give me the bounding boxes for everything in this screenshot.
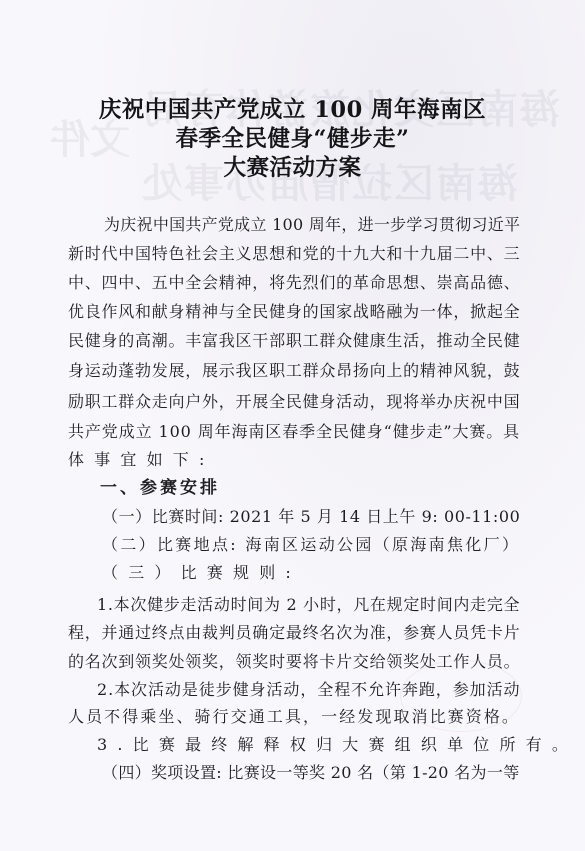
body-line: （四）奖项设置: 比赛设一等奖 20 名（第 1-20 名为一等 — [102, 759, 520, 787]
title-line-2: 春季全民健身“健步走” — [0, 125, 585, 154]
body-line: 1.本次健步走活动时间为 2 小时，凡在规定时间内走完全 — [97, 591, 520, 619]
body-line: 中、四中、五中全会精神，将先烈们的革命思想、崇高品德、 — [68, 269, 520, 297]
body-line: 优良作风和献身精神与全民健身的国家战略融为一体，掀起全 — [68, 298, 520, 326]
scanned-document-page: 海南区文化旅游体育局 海南区拉僧庙办事处 文件 庆祝中国共产党成立 100 周年… — [0, 0, 585, 851]
body-line: 民健身的高潮。丰富我区干部职工群众健康生活，推动全民健 — [68, 327, 520, 355]
body-line: 体事宜如下: — [68, 446, 215, 474]
body-line: （一）比赛时间: 2021 年 5 月 14 日上午 9: 00-11:00 — [102, 503, 520, 531]
body-line: 2.本次活动是徒步健身活动，全程不允许奔跑，参加活动 — [97, 676, 520, 704]
body-line: （二）比赛地点: 海南区运动公园（原海南焦化厂） — [102, 531, 520, 559]
body-line: 身运动蓬勃发展，展示我区职工群众昂扬向上的精神风貌，鼓 — [68, 357, 520, 385]
document-title: 庆祝中国共产党成立 100 周年海南区 春季全民健身“健步走” 大赛活动方案 — [0, 96, 585, 183]
section-heading: 一、参赛安排 — [100, 474, 220, 502]
body-line: 人员不得乘坐、骑行交通工具，一经发现取消比赛资格。 — [68, 703, 520, 731]
title-line-1: 庆祝中国共产党成立 100 周年海南区 — [0, 96, 585, 125]
body-line: （三）比赛规则: — [102, 559, 301, 587]
body-line: 为庆祝中国共产党成立 100 周年，进一步学习贯彻习近平 — [104, 211, 520, 239]
body-line: 励职工群众走向户外，开展全民健身活动，现将举办庆祝中国 — [68, 388, 520, 416]
body-line: 程，并通过终点由裁判员确定最终名次为准，参赛人员凭卡片 — [68, 619, 520, 647]
body-line: 共产党成立 100 周年海南区春季全民健身“健步走”大赛。具 — [68, 418, 520, 446]
body-line: 3.比赛最终解释权归大赛组织单位所有。 — [97, 731, 578, 759]
title-line-3: 大赛活动方案 — [0, 154, 585, 183]
body-line: 的名次到领奖处领奖，领奖时要将卡片交给领奖处工作人员。 — [68, 648, 520, 676]
body-line: 新时代中国特色社会主义思想和党的十九大和十九届二中、三 — [68, 240, 520, 268]
